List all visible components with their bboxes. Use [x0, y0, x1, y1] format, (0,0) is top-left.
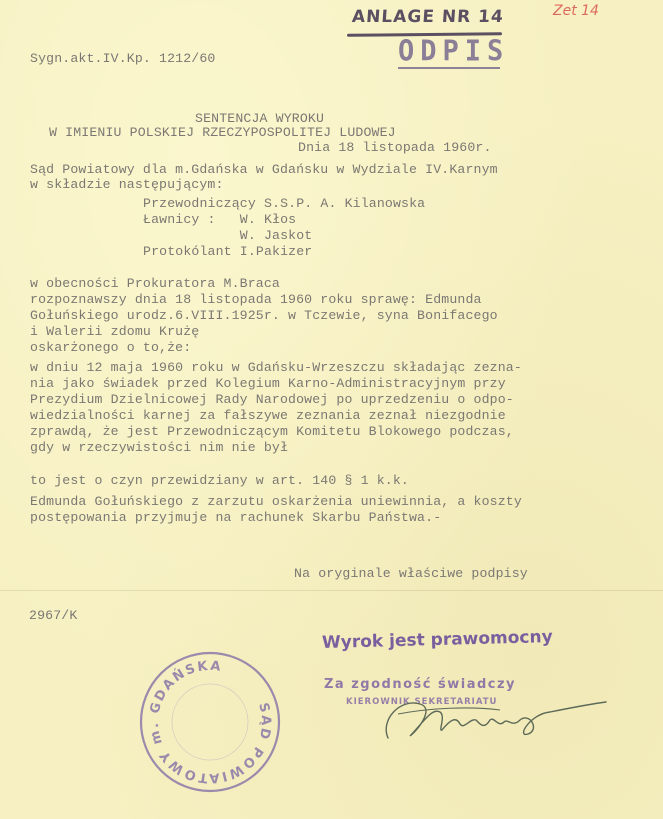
court-line-1: Sąd Powiatowy dla m.Gdańska w Gdańsku w … [30, 162, 498, 178]
court-seal-icon: SĄD POWIATOWY m. GDAŃSKA [135, 650, 285, 795]
signature-icon [380, 690, 610, 750]
red-reference-annotation: Zet 14 [553, 3, 599, 19]
svg-text:SĄD POWIATOWY m. GDAŃSKA: SĄD POWIATOWY m. GDAŃSKA [135, 650, 285, 795]
filing-number: 2967/K [29, 608, 77, 624]
proceedings-line: gdy w rzeczywistości nim nie był [30, 440, 288, 456]
proceedings-line: wiedzialności karnej za fałszywe zeznani… [30, 408, 506, 424]
panel-presiding-judge: Przewodniczący S.S.P. A. Kilanowska [143, 196, 425, 212]
judgment-date: Dnia 18 listopada 1960r. [298, 140, 492, 156]
signatures-note: Na oryginale właściwe podpisy [294, 566, 528, 582]
proceedings-line: w dniu 12 maja 1960 roku w Gdańsku-Wrzes… [30, 360, 522, 376]
fold-line [0, 590, 663, 591]
verdict-line: postępowania przyjmuje na rachunek Skarb… [30, 510, 441, 526]
proceedings-line: w obecności Prokuratora M.Braca [30, 276, 280, 292]
proceedings-line: Prezydium Dzielnicowej Rady Narodowej po… [30, 392, 514, 408]
proceedings-line: i Walerii zdomu Krużę [30, 324, 199, 340]
copy-stamp-underline [398, 67, 500, 69]
proceedings-line: nia jako świadek przed Kolegium Karno-Ad… [30, 376, 506, 392]
court-line-2: w składzie następującym: [30, 177, 224, 193]
case-reference: Sygn.akt.IV.Kp. 1212/60 [30, 51, 215, 67]
anlage-annotation: ANLAGE NR 14 [351, 7, 504, 27]
panel-lay-judge-2: W. Jaskot [143, 228, 312, 244]
copy-stamp: ODPIS [398, 35, 509, 68]
proceedings-line: oskarżonego o to,że: [30, 340, 191, 356]
proceedings-line: rozpoznawszy dnia 18 listopada 1960 roku… [30, 292, 482, 308]
title-subheading: W IMIENIU POLSKIEJ RZECZYPOSPOLITEJ LUDO… [49, 125, 396, 141]
proceedings-line: Gołuńskiego urodz.6.VIII.1925r. w Tczewi… [30, 308, 498, 324]
panel-clerk: Protokólant I.Pakizer [143, 244, 312, 260]
proceedings-line: zprawdą, że jest Przewodniczącym Komitet… [30, 424, 514, 440]
panel-lay-judge-1: Ławnicy : W. Kłos [143, 212, 296, 228]
verdict-line: Edmunda Gołuńskiego z zarzutu oskarżenia… [30, 494, 522, 510]
proceedings-line: to jest o czyn przewidziany w art. 140 §… [30, 473, 409, 489]
